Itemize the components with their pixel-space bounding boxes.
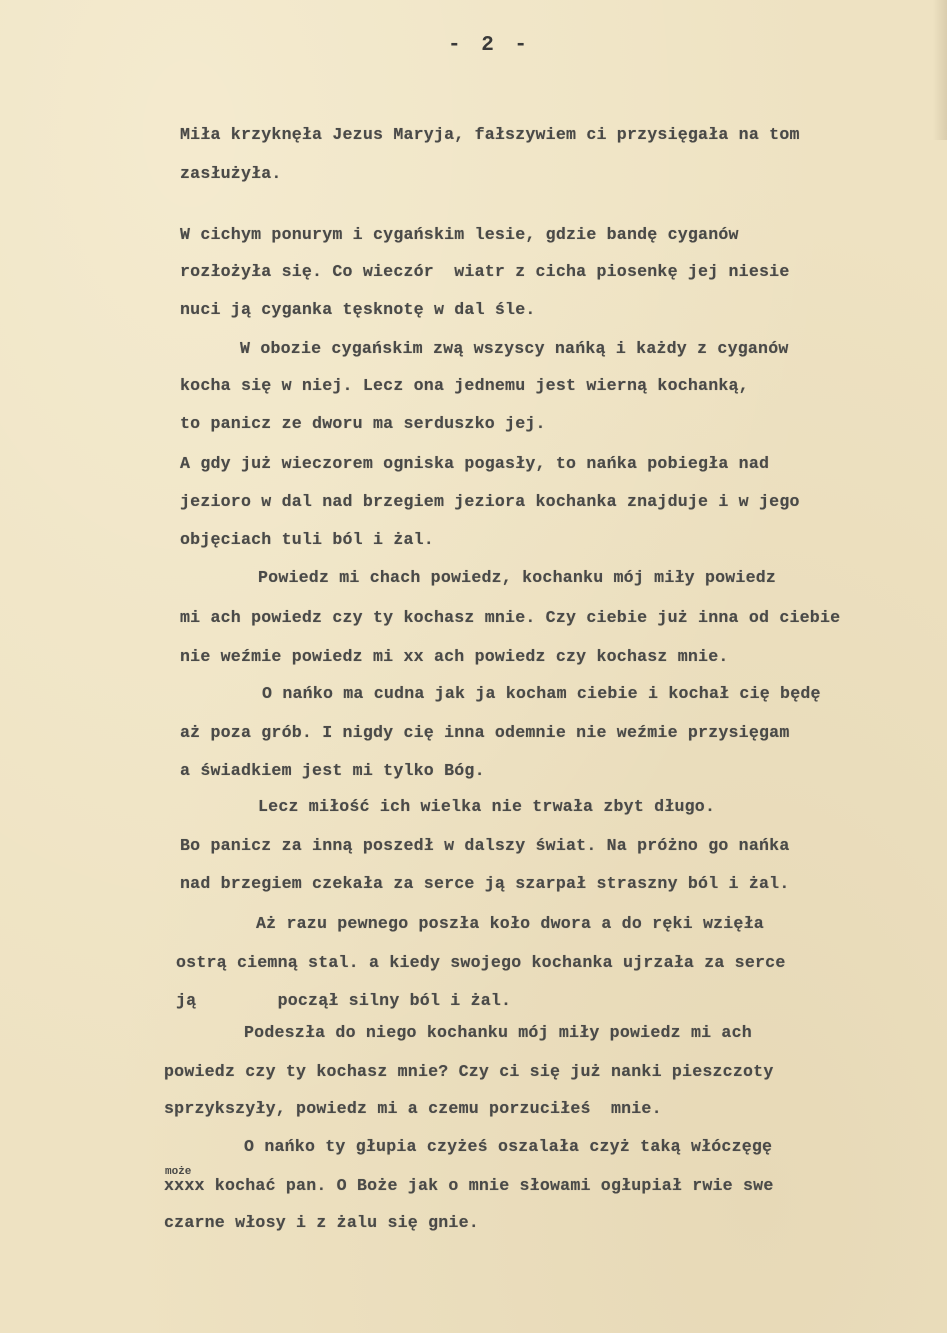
text-line-28: xxxx kochać pan. O Boże jak o mnie słowa… xyxy=(164,1176,773,1195)
text-line-17: a świadkiem jest mi tylko Bóg. xyxy=(180,761,485,780)
text-line-2: zasłużyła. xyxy=(180,164,282,183)
text-line-23: ją począł silny ból i żal. xyxy=(176,991,511,1010)
text-line-1: Miła krzyknęła Jezus Maryja, fałszywiem … xyxy=(180,125,800,144)
text-line-11: objęciach tuli ból i żal. xyxy=(180,530,434,549)
text-line-14: nie weźmie powiedz mi xx ach powiedz czy… xyxy=(180,647,729,666)
text-line-20: nad brzegiem czekała za serce ją szarpał… xyxy=(180,874,789,893)
text-line-5: nuci ją cyganka tęsknotę w dal śle. xyxy=(180,300,536,319)
text-line-29: czarne włosy i z żalu się gnie. xyxy=(164,1213,479,1232)
text-line-26: sprzykszyły, powiedz mi a czemu porzucił… xyxy=(164,1099,662,1118)
text-line-10: jezioro w dal nad brzegiem jeziora kocha… xyxy=(180,492,800,511)
text-line-13: mi ach powiedz czy ty kochasz mnie. Czy … xyxy=(180,608,840,627)
text-line-7: kocha się w niej. Lecz ona jednemu jest … xyxy=(180,376,749,395)
text-line-21: Aż razu pewnego poszła koło dwora a do r… xyxy=(256,914,764,933)
page-number: - 2 - xyxy=(448,34,531,57)
text-line-9: A gdy już wieczorem ogniska pogasły, to … xyxy=(180,454,769,473)
text-line-3: W cichym ponurym i cygańskim lesie, gdzi… xyxy=(180,225,739,244)
document-page: - 2 - Miła krzyknęła Jezus Maryja, fałsz… xyxy=(0,0,947,1333)
text-line-27: O nańko ty głupia czyżeś oszalała czyż t… xyxy=(244,1137,772,1156)
text-line-4: rozłożyła się. Co wieczór wiatr z cicha … xyxy=(180,262,789,281)
text-line-8: to panicz ze dworu ma serduszko jej. xyxy=(180,414,546,433)
text-line-12: Powiedz mi chach powiedz, kochanku mój m… xyxy=(258,568,776,587)
text-line-18: Lecz miłość ich wielka nie trwała zbyt d… xyxy=(258,797,715,816)
text-line-25: powiedz czy ty kochasz mnie? Czy ci się … xyxy=(164,1062,773,1081)
text-line-6: W obozie cygańskim zwą wszyscy nańką i k… xyxy=(240,339,789,358)
text-line-24: Podeszła do niego kochanku mój miły powi… xyxy=(244,1023,752,1042)
paper-edge-shadow xyxy=(933,0,947,140)
text-line-15: O nańko ma cudna jak ja kocham ciebie i … xyxy=(262,684,821,703)
text-line-16: aż poza grób. I nigdy cię inna odemnie n… xyxy=(180,723,789,742)
text-line-19: Bo panicz za inną poszedł w dalszy świat… xyxy=(180,836,789,855)
text-line-22: ostrą ciemną stal. a kiedy swojego kocha… xyxy=(176,953,785,972)
